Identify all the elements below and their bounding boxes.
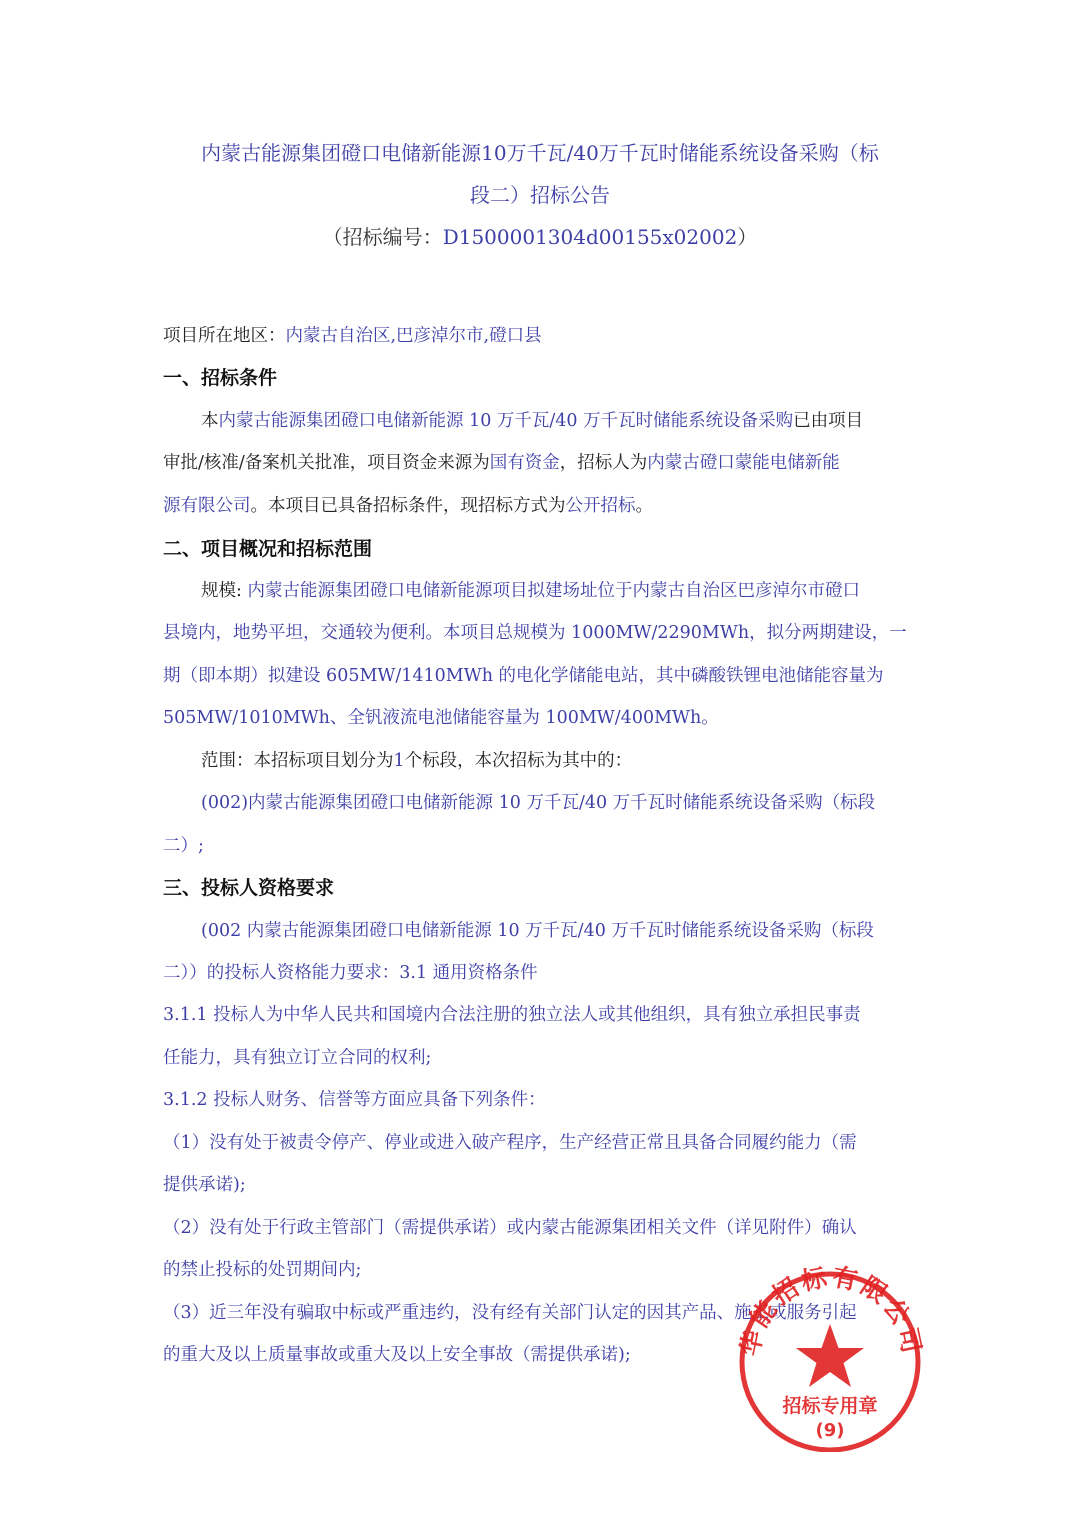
tender-method: 公开招标 [566,496,636,516]
paragraph-line: (002 内蒙古能源集团磴口电储新能源 10 万千瓦/40 万千瓦时储能系统设备… [201,917,874,945]
paragraph-line: 3.1.2 投标人财务、信誉等方面应具备下列条件： [163,1086,546,1114]
text: 审批/核准/备案机关批准，项目资金来源为 [163,453,490,473]
text: 本 [201,411,219,431]
paragraph-line: 县境内，地势平坦，交通较为便利。本项目总规模为 1000MW/2290MWh，拟… [163,619,907,647]
section-heading-1: 一、招标条件 [163,364,277,392]
text: 内蒙古能源集团磴口电储新能源项目拟建场址位于内蒙古自治区巴彦淖尔市磴口 [247,581,860,601]
paragraph-line: 规模: 内蒙古能源集团磴口电储新能源项目拟建场址位于内蒙古自治区巴彦淖尔市磴口 [201,577,860,605]
text: 个标段，本次招标为其中的： [405,751,633,771]
lot-line: (002)内蒙古能源集团磴口电储新能源 10 万千瓦/40 万千瓦时储能系统设备… [201,789,875,817]
project-name: 内蒙古能源集团磴口电储新能源 10 万千瓦/40 万千瓦时储能系统设备采购 [219,411,794,431]
region-label: 项目所在地区： [163,326,286,346]
bid-number-label: （招标编号： [323,225,443,249]
paragraph-line: （2）没有处于行政主管部门（需提供承诺）或内蒙古能源集团相关文件（详见附件）确认 [163,1214,857,1242]
tenderer: 源有限公司 [163,496,251,516]
seal-number: (9) [816,1420,845,1441]
section-heading-3: 三、投标人资格要求 [163,874,334,902]
title-line-2: 段二）招标公告 [150,174,930,216]
region-value: 内蒙古自治区,巴彦淖尔市,磴口县 [286,326,542,346]
seal-icon: 华能招标有限公司 招标专用章 (9) [730,1262,930,1452]
section-heading-2: 二、项目概况和招标范围 [163,535,372,563]
text: 已由项目 [793,411,863,431]
text: ，招标人为 [560,453,648,473]
paragraph-line: 的重大及以上质量事故或重大及以上安全事故（需提供承诺); [163,1341,631,1369]
paragraph-line: 的禁止投标的处罚期间内; [163,1256,361,1284]
region-line: 项目所在地区：内蒙古自治区,巴彦淖尔市,磴口县 [163,322,542,350]
scale-label: 规模: [201,581,242,601]
paragraph-line: 源有限公司。本项目已具备招标条件，现招标方式为公开招标。 [163,492,653,520]
paragraph-line: 3.1.1 投标人为中华人民共和国境内合法注册的独立法人或其他组织，具有独立承担… [163,1001,861,1029]
paragraph-line: 任能力，具有独立订立合同的权利; [163,1044,431,1072]
bid-number-close: ） [737,225,757,249]
paragraph-line: 505MW/1010MWh、全钒液流电池储能容量为 100MW/400MWh。 [163,704,719,732]
lot-count: 1 [394,751,405,771]
star-icon [796,1324,864,1387]
title-line-1: 内蒙古能源集团磴口电储新能源10万千瓦/40万千瓦时储能系统设备采购（标 [150,132,930,174]
scope-line: 范围：本招标项目划分为1个标段，本次招标为其中的： [201,747,632,775]
paragraph-line: 二））的投标人资格能力要求：3.1 通用资格条件 [163,959,538,987]
paragraph-line: （1）没有处于被责令停产、停业或进入破产程序，生产经营正常且具备合同履约能力（需 [163,1129,857,1157]
tenderer: 内蒙古磴口蒙能电储新能 [647,453,840,473]
official-seal: 华能招标有限公司 招标专用章 (9) [730,1262,930,1452]
fund-source: 国有资金 [490,453,560,473]
text: 范围：本招标项目划分为 [201,751,394,771]
bid-number: （招标编号：D1500001304d00155x02002） [150,216,930,258]
text: 。本项目已具备招标条件，现招标方式为 [251,496,566,516]
lot-line: 二）; [163,832,204,860]
text: 。 [636,496,654,516]
paragraph-line: 提供承诺); [163,1171,246,1199]
paragraph-line: 本内蒙古能源集团磴口电储新能源 10 万千瓦/40 万千瓦时储能系统设备采购已由… [201,407,863,435]
seal-purpose: 招标专用章 [782,1394,877,1417]
paragraph-line: 期（即本期）拟建设 605MW/1410MWh 的电化学储能电站，其中磷酸铁锂电… [163,662,884,690]
bid-number-value: D1500001304d00155x02002 [443,225,738,249]
paragraph-line: 审批/核准/备案机关批准，项目资金来源为国有资金，招标人为内蒙古磴口蒙能电储新能 [163,449,840,477]
